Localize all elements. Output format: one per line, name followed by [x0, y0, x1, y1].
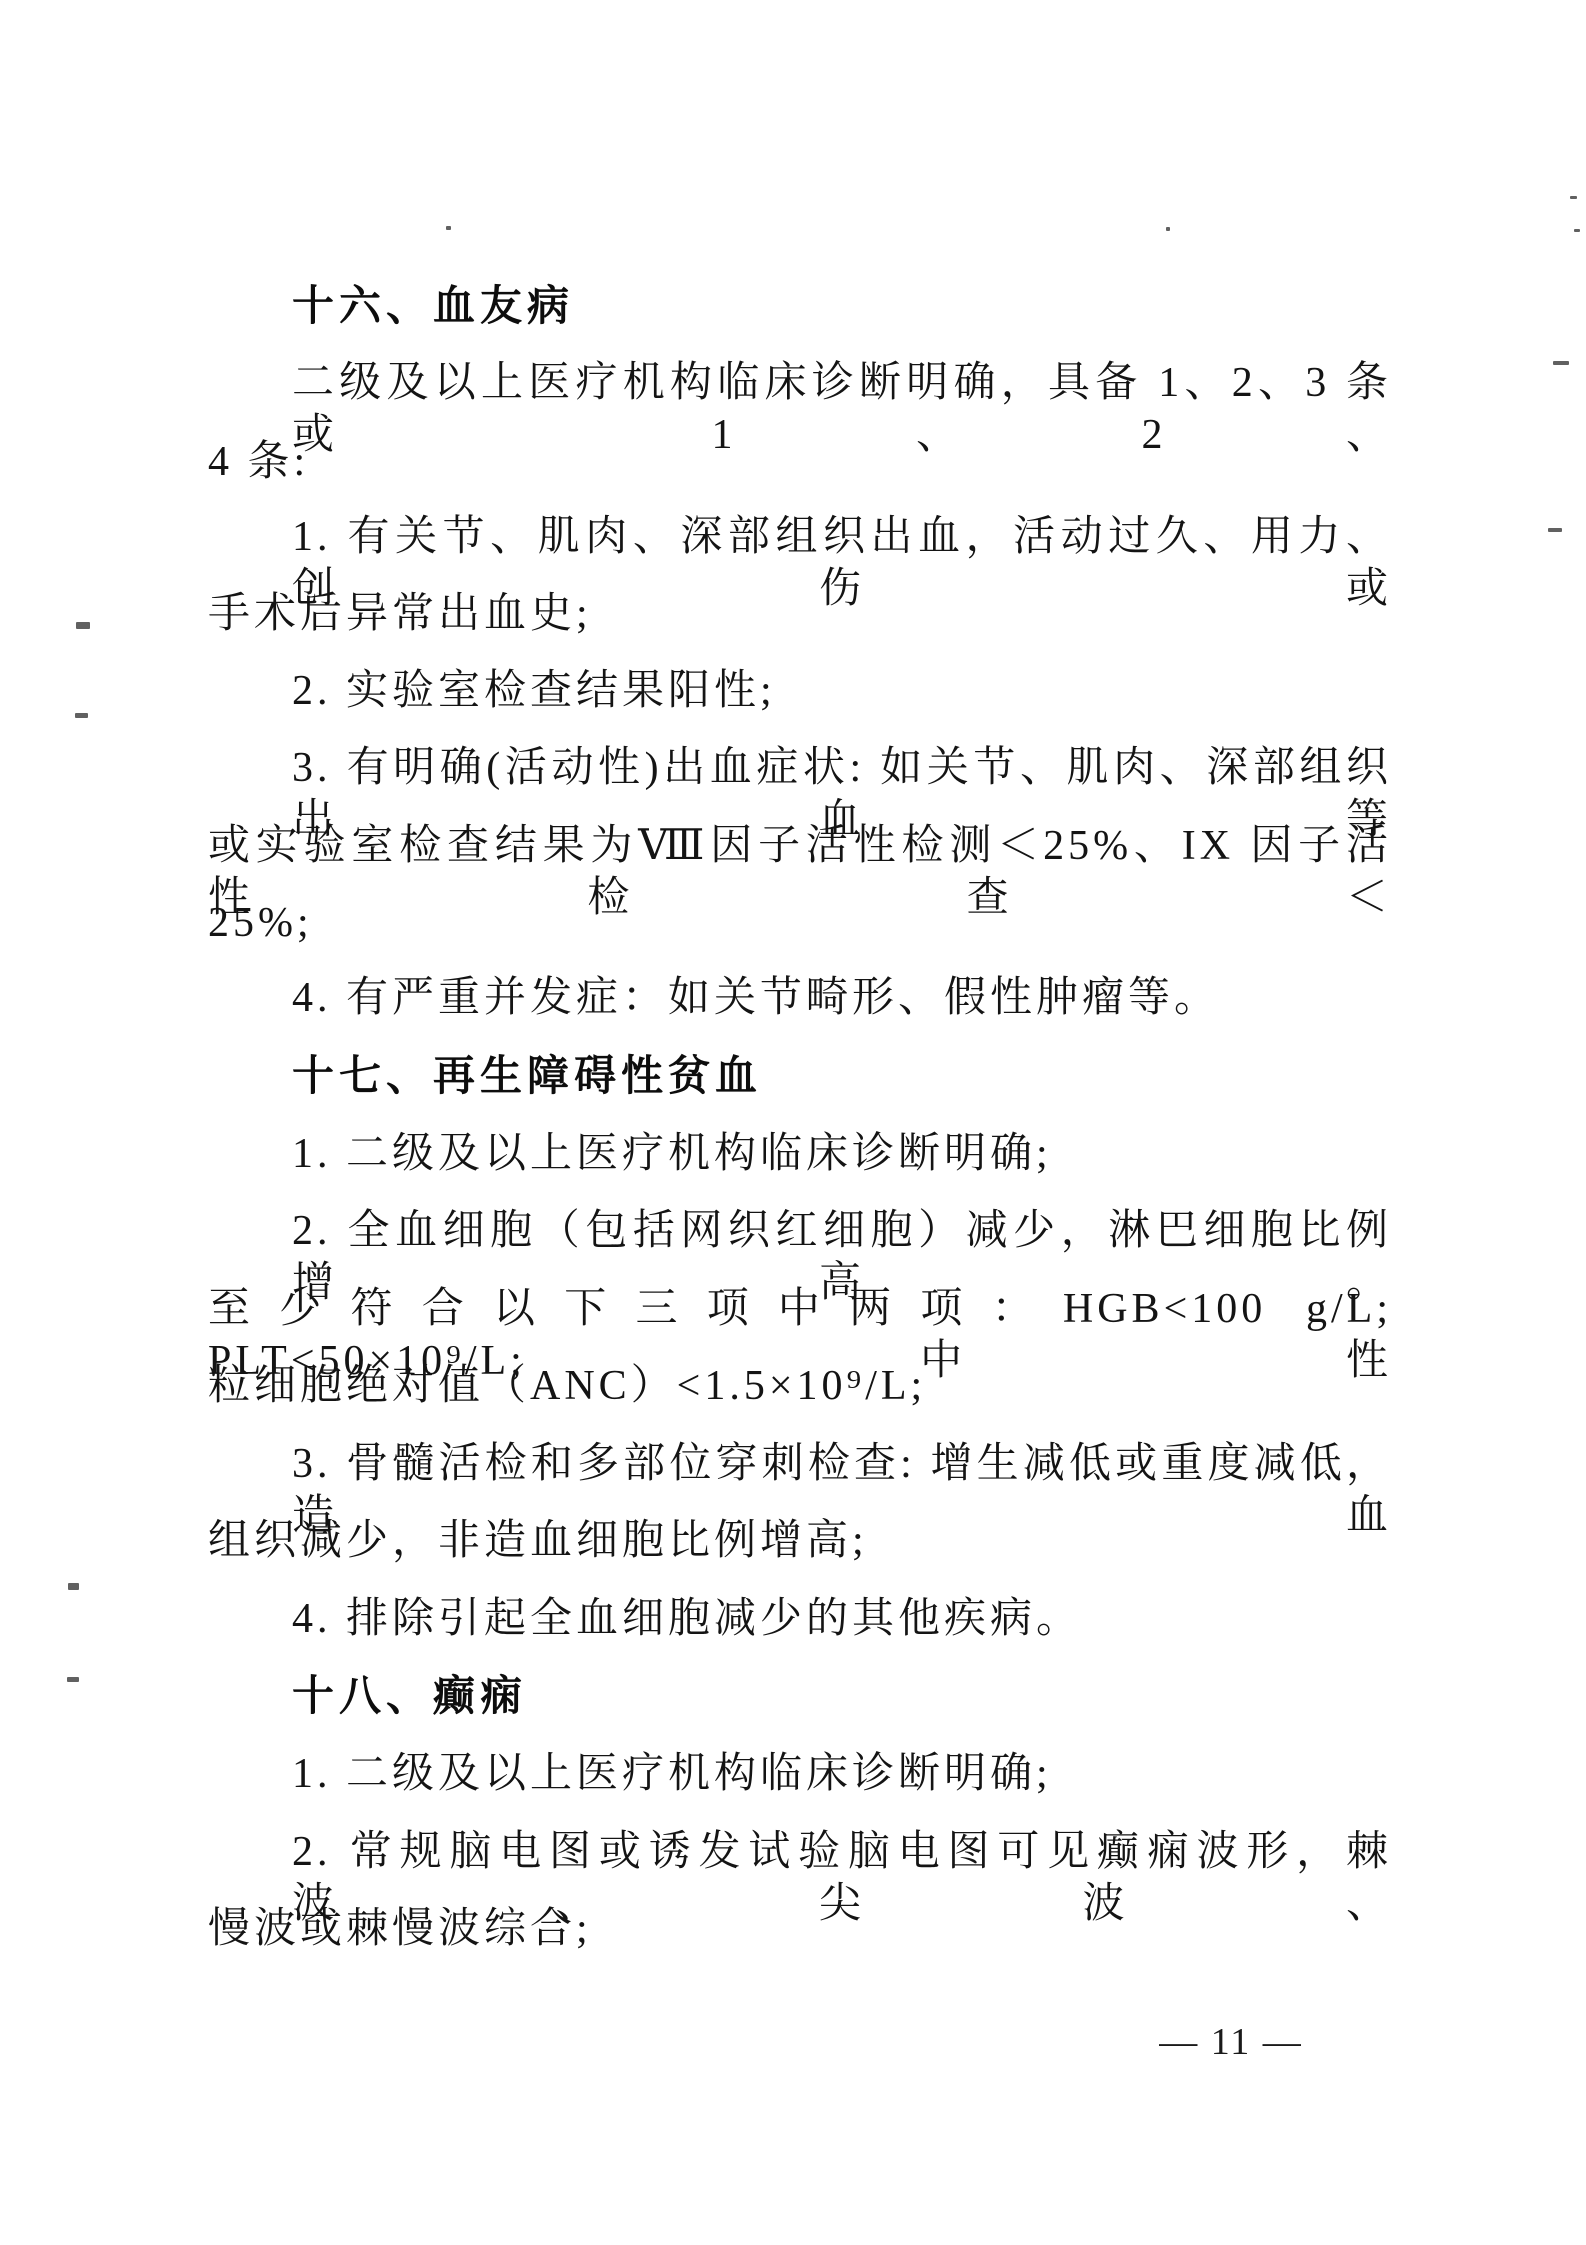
- section-17-heading: 十七、再生障碍性贫血: [292, 1050, 762, 1102]
- paragraph-line: 手术后异常出血史;: [208, 588, 592, 640]
- paragraph-line: 慢波或棘慢波综合;: [208, 1903, 592, 1955]
- scan-speck: [76, 622, 90, 629]
- paragraph-line: 组织减少，非造血细胞比例增高;: [208, 1515, 868, 1567]
- paragraph-line: 2. 实验室检查结果阳性;: [292, 665, 776, 717]
- scan-speck: [67, 1677, 79, 1682]
- scan-speck: [1548, 528, 1562, 532]
- paragraph-line: 4. 有严重并发症：如关节畸形、假性肿瘤等。: [292, 972, 1220, 1024]
- section-18-heading: 十八、癫痫: [292, 1670, 527, 1722]
- document-page: 十六、血友病 二级及以上医疗机构临床诊断明确，具备 1、2、3 条或 1、2、 …: [0, 0, 1586, 2245]
- scan-speck: [446, 226, 451, 230]
- scan-speck: [1574, 229, 1580, 232]
- scan-speck: [1166, 227, 1170, 231]
- scan-speck: [68, 1583, 79, 1590]
- section-16-heading: 十六、血友病: [292, 280, 574, 332]
- paragraph-line: 二级及以上医疗机构临床诊断明确，具备 1、2、3 条或 1、2、: [292, 357, 1392, 461]
- page-number: — 11 —: [1131, 2020, 1331, 2064]
- paragraph-line: 25%;: [208, 897, 313, 949]
- paragraph-line: 粒细胞绝对值（ANC）<1.5×10⁹/L;: [208, 1360, 926, 1412]
- scan-speck: [1570, 196, 1577, 199]
- paragraph-line: 或实验室检查结果为Ⅷ因子活性检测＜25%、IX 因子活性检查＜: [208, 820, 1392, 924]
- paragraph-line: 4 条:: [208, 436, 309, 488]
- paragraph-line: 1. 二级及以上医疗机构临床诊断明确;: [292, 1748, 1052, 1800]
- scan-speck: [1553, 361, 1569, 365]
- paragraph-line: 4. 排除引起全血细胞减少的其他疾病。: [292, 1593, 1082, 1645]
- paragraph-line: 1. 二级及以上医疗机构临床诊断明确;: [292, 1128, 1052, 1180]
- scan-speck: [75, 713, 88, 718]
